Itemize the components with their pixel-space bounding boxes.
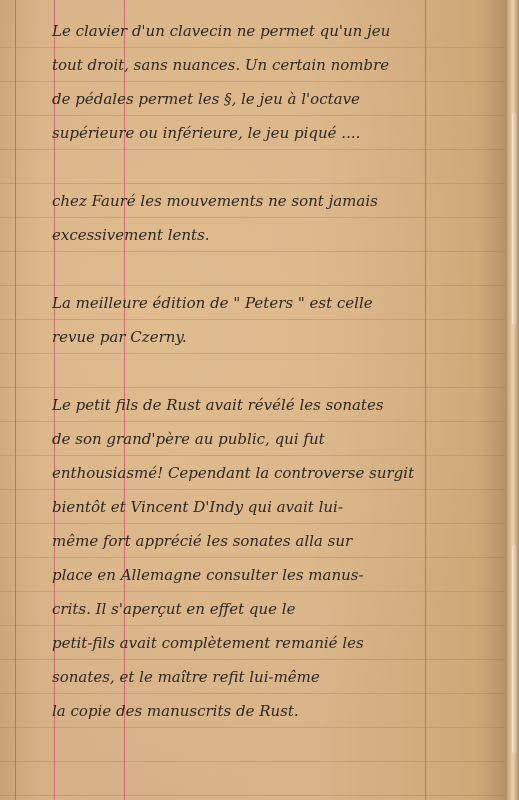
text-line: bientôt et Vincent D'Indy qui avait lui- xyxy=(52,490,492,524)
paragraph-peters-edition: La meilleure édition de " Peters " est c… xyxy=(52,286,492,354)
text-line: excessivement lents. xyxy=(52,218,492,252)
text-line: Le petit fils de Rust avait révélé les s… xyxy=(52,388,492,422)
text-line: même fort apprécié les sonates alla sur xyxy=(52,524,492,558)
paragraph-harpsichord: Le clavier d'un clavecin ne permet qu'un… xyxy=(52,14,492,150)
text-line: supérieure ou inférieure, le jeu piqué .… xyxy=(52,116,492,150)
binding-thread xyxy=(512,545,517,650)
text-line: enthousiasmé! Cependant la controverse s… xyxy=(52,456,492,490)
paragraph-rust: Le petit fils de Rust avait révélé les s… xyxy=(52,388,492,728)
notebook-page: Le clavier d'un clavecin ne permet qu'un… xyxy=(0,0,519,800)
binding-thread xyxy=(512,112,517,227)
binding-thread xyxy=(512,648,517,753)
text-line: revue par Czerny. xyxy=(52,320,492,354)
text-line: Le clavier d'un clavecin ne permet qu'un… xyxy=(52,14,492,48)
text-line: chez Fauré les mouvements ne sont jamais xyxy=(52,184,492,218)
text-line: petit-fils avait complètement remanié le… xyxy=(52,626,492,660)
handwritten-text: Le clavier d'un clavecin ne permet qu'un… xyxy=(52,14,492,762)
text-line: la copie des manuscrits de Rust. xyxy=(52,694,492,728)
text-line: crits. Il s'aperçut en effet que le xyxy=(52,592,492,626)
paragraph-faure: chez Fauré les mouvements ne sont jamais… xyxy=(52,184,492,252)
text-line: sonates, et le maître refit lui-même xyxy=(52,660,492,694)
text-line: La meilleure édition de " Peters " est c… xyxy=(52,286,492,320)
ruled-line xyxy=(0,795,505,796)
margin-line-outer xyxy=(15,0,16,800)
binding-thread xyxy=(512,225,517,325)
text-line: de son grand'père au public, qui fut xyxy=(52,422,492,456)
text-line: place en Allemagne consulter les manus- xyxy=(52,558,492,592)
text-line: tout droit, sans nuances. Un certain nom… xyxy=(52,48,492,82)
text-line: de pédales permet les §, le jeu à l'octa… xyxy=(52,82,492,116)
